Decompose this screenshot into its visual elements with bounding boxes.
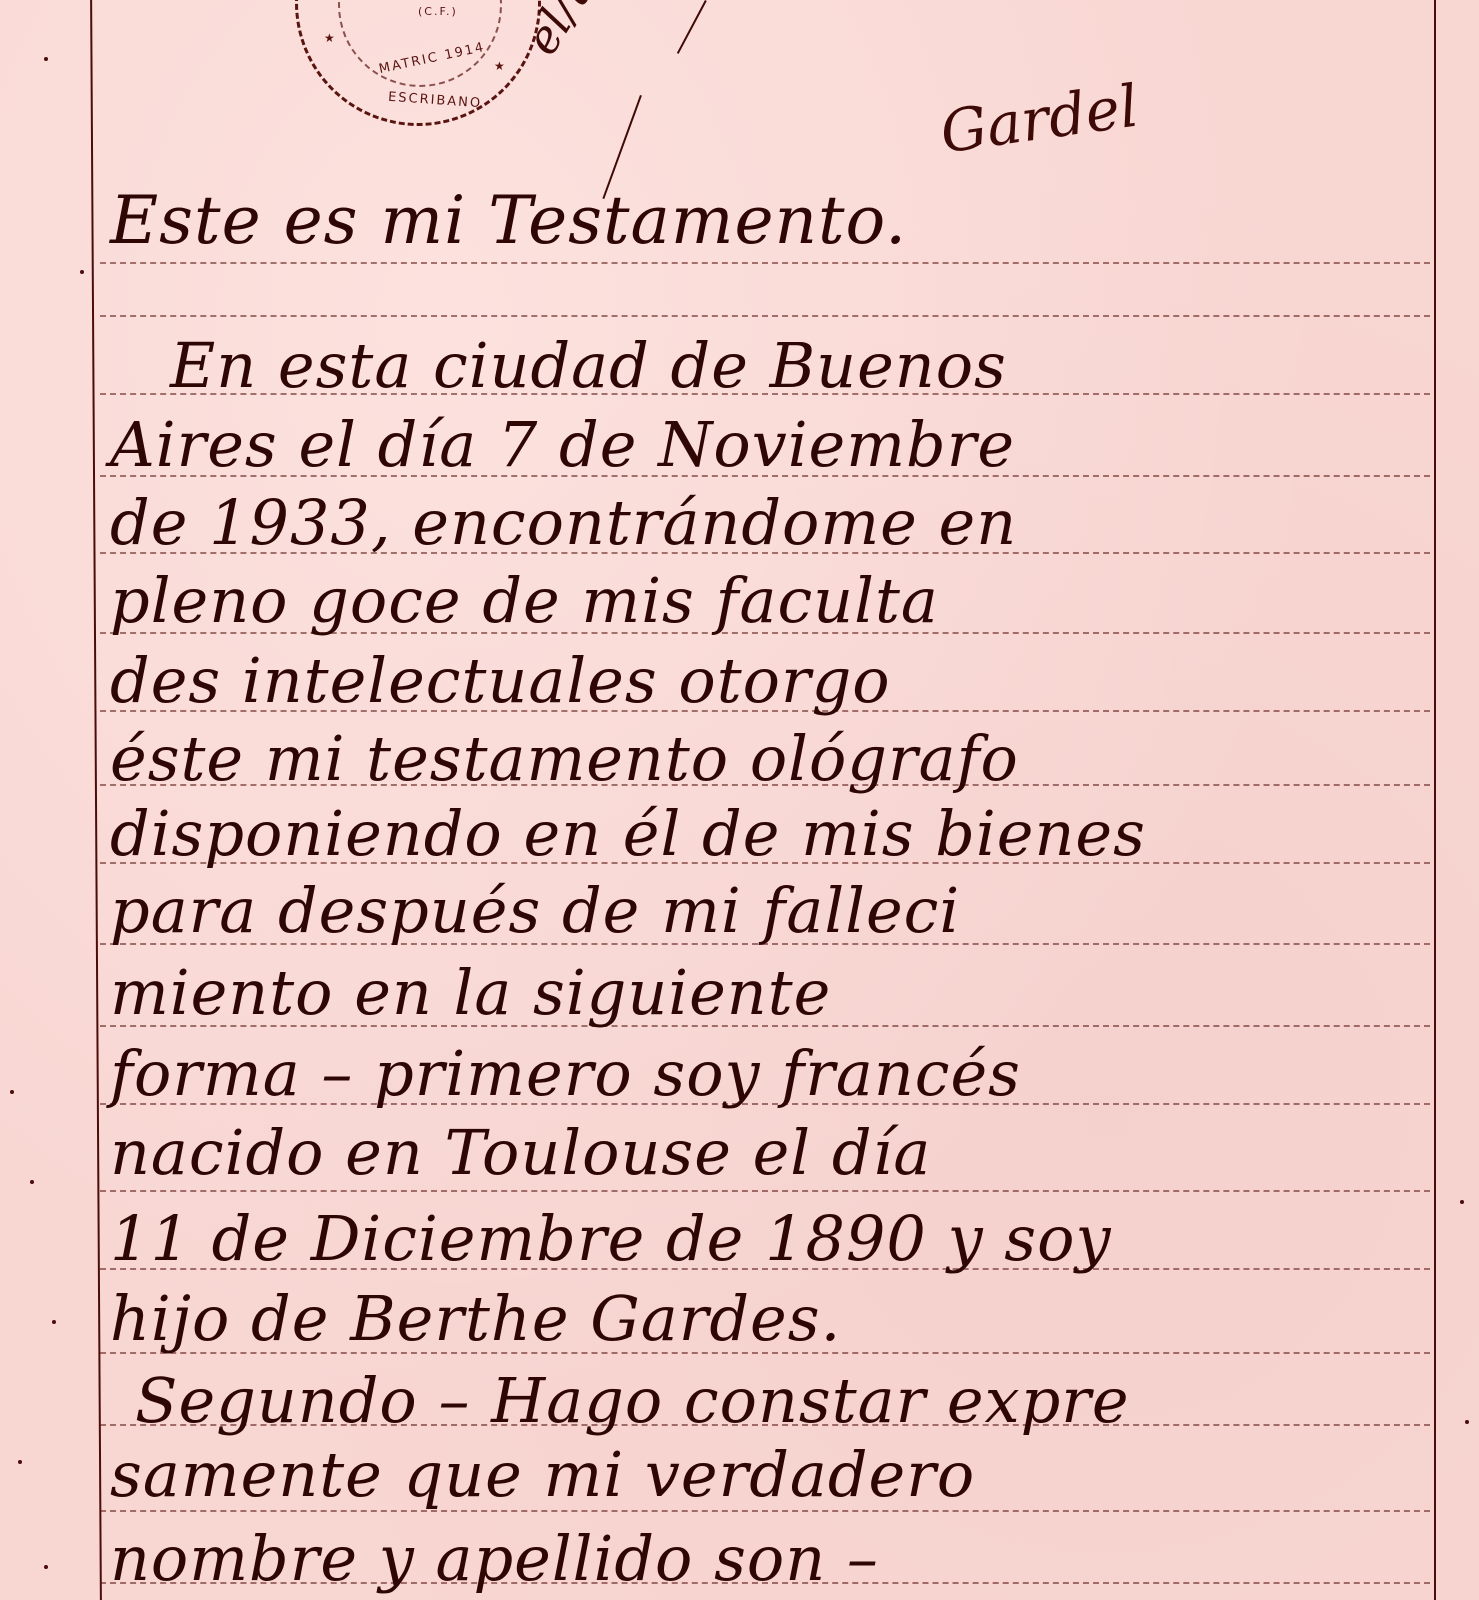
text-line: En esta ciudad de Buenos xyxy=(170,335,1479,397)
text-line: forma – primero soy francés xyxy=(110,1043,1430,1105)
text-line: para después de mi falleci xyxy=(110,880,1430,942)
pen-stroke xyxy=(677,0,707,54)
stamp-bottom-text: ESCRIBANO xyxy=(388,90,483,112)
ink-speck xyxy=(10,1090,14,1094)
ruled-line xyxy=(100,315,1430,317)
left-margin-line xyxy=(90,0,102,1600)
ruled-line xyxy=(100,262,1430,264)
text-line: nombre y apellido son – xyxy=(110,1528,1430,1590)
stamp-top-text: (C.F.) xyxy=(418,5,458,18)
ink-speck xyxy=(1460,1200,1464,1204)
document-page: (C.F.) MATRIC 1914 ESCRIBANO ★ ★ el/ucy … xyxy=(0,0,1479,1600)
text-line: miento en la siguiente xyxy=(110,962,1430,1024)
text-line: nacido en Toulouse el día xyxy=(110,1122,1430,1184)
star-icon: ★ xyxy=(324,31,335,45)
text-line: pleno goce de mis faculta xyxy=(110,570,1430,632)
ink-speck xyxy=(80,270,84,274)
text-line: disponiendo en él de mis bienes xyxy=(110,803,1430,865)
right-margin-line xyxy=(1434,0,1436,1600)
star-icon: ★ xyxy=(494,59,505,73)
text-line: de 1933, encontrándome en xyxy=(110,492,1430,554)
text-line: éste mi testamento ológrafo xyxy=(110,728,1430,790)
ink-speck xyxy=(52,1320,56,1324)
document-title: Este es mi Testamento. xyxy=(110,188,1430,254)
ink-speck xyxy=(30,1180,34,1184)
text-line: des intelectuales otorgo xyxy=(110,650,1430,712)
ruled-line xyxy=(100,1190,1430,1192)
notary-stamp: (C.F.) MATRIC 1914 ESCRIBANO ★ ★ xyxy=(295,0,541,126)
text-line: Aires el día 7 de Noviembre xyxy=(110,414,1430,476)
text-line: 11 de Diciembre de 1890 y soy xyxy=(110,1208,1430,1270)
notary-initials: el/ucy xyxy=(514,0,633,64)
ink-speck xyxy=(18,1460,22,1464)
ink-speck xyxy=(1465,1420,1469,1424)
ink-speck xyxy=(44,1565,48,1569)
text-line: hijo de Berthe Gardes. xyxy=(110,1288,1430,1350)
text-line: samente que mi verdadero xyxy=(110,1444,1430,1506)
text-line: Segundo – Hago constar expre xyxy=(135,1370,1455,1432)
ink-speck xyxy=(44,57,48,61)
author-signature: Gardel xyxy=(936,72,1142,167)
